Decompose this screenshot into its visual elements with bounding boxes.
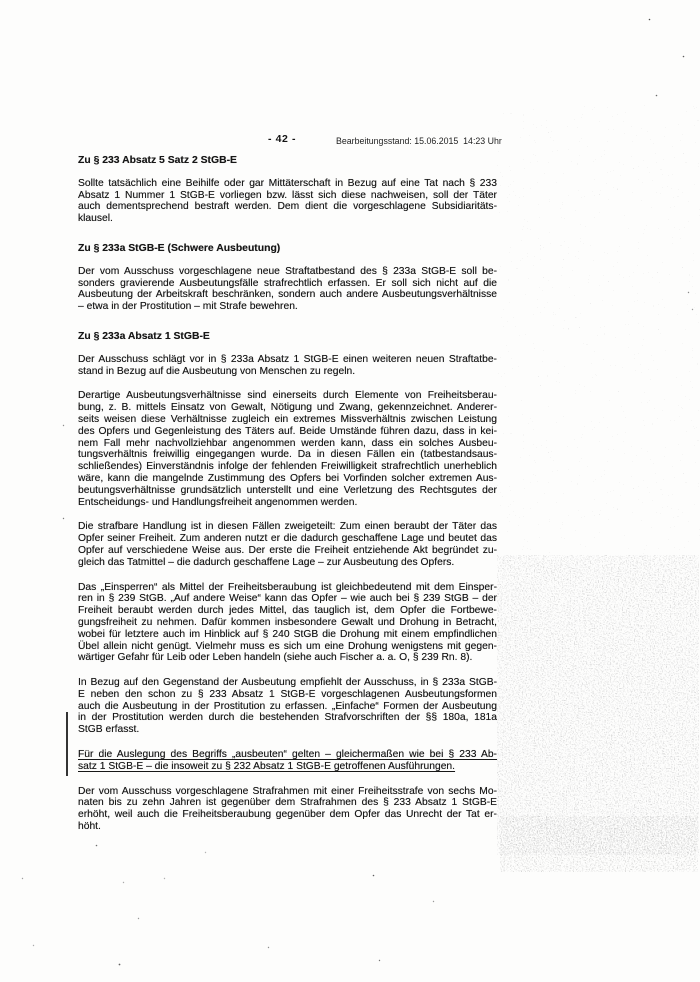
text-line: tungsverhältnis freiwillig eingegangen w…: [78, 449, 497, 461]
text-line: wäre, kann die mangelnde Zustimmung des …: [78, 473, 497, 485]
scan-noise-right-margin: [497, 105, 700, 870]
text-line: auch dementsprechend bestraft werden. De…: [78, 201, 497, 213]
text-line: ren in § 239 StGB. „Auf andere Weise“ ka…: [78, 593, 497, 605]
text-line: Derartige Ausbeutungsverhältnisse sind e…: [78, 390, 497, 402]
text-line: bung, z. B. mittels Einsatz von Gewalt, …: [78, 402, 497, 414]
text-line: auch die Ausbeutung in der Prostitution …: [78, 701, 497, 713]
paragraph: Der Ausschuss schlägt vor in § 233a Absa…: [78, 354, 497, 378]
text-line: – etwa in der Prostitution – mit Strafe …: [78, 301, 497, 313]
text-line: Das „Einsperren“ als Mittel der Freiheit…: [78, 582, 497, 594]
text-line: wärtiger Gefahr für Leib oder Leben hand…: [78, 652, 497, 664]
text-line: Der vom Ausschuss vorgeschlagene neue St…: [78, 266, 497, 278]
scan-noise-bottom-right: [500, 816, 698, 872]
paragraph: In Bezug auf den Gegenstand der Ausbeutu…: [78, 677, 497, 736]
text-line: Die strafbare Handlung ist in diesen Fäl…: [78, 521, 497, 533]
section-heading-zu-233a-schwere-ausbeutung: Zu § 233a StGB-E (Schwere Ausbeutung): [78, 243, 497, 255]
paragraph: Der vom Ausschuss vorgeschlagene neue St…: [78, 266, 497, 313]
scanned-document-page: - 42 - Bearbeitungsstand: 15.06.2015 14:…: [0, 0, 700, 982]
text-line: Der Ausschuss schlägt vor in § 233a Absa…: [78, 354, 497, 366]
paragraph: Der vom Ausschuss vorgeschlagene Strafra…: [78, 786, 497, 833]
text-line: erhöht, weil auch die Freiheitsberaubung…: [78, 809, 497, 821]
paragraph: Die strafbare Handlung ist in diesen Fäl…: [78, 521, 497, 568]
section-heading-zu-233a-absatz-1: Zu § 233a Absatz 1 StGB-E: [78, 331, 497, 343]
text-line: Opfer seiner Freiheit. Zum anderen nutzt…: [78, 533, 497, 545]
text-line: Übel allein nicht genügt. Vielmehr muss …: [78, 641, 497, 653]
text-line: Der vom Ausschuss vorgeschlagene Strafra…: [78, 786, 497, 798]
text-line: nem Fall mehr nachvollziehbar angenommen…: [78, 438, 497, 450]
text-line: Sollte tatsächlich eine Beihilfe oder ga…: [78, 178, 497, 190]
text-line: satz 1 StGB-E – die insoweit zu § 232 Ab…: [78, 761, 497, 773]
scan-noise-dense-patch: [497, 555, 699, 855]
text-line: gungsfreiheit zu nehmen. Dafür kommen in…: [78, 617, 497, 629]
text-line: beutungsverhältnisse grundsätzlich unter…: [78, 485, 497, 497]
revision-status-line: Bearbeitungsstand: 15.06.2015 14:23 Uhr: [336, 136, 502, 146]
text-line: stand in Bezug auf die Ausbeutung von Me…: [78, 366, 497, 378]
paragraph: Sollte tatsächlich eine Beihilfe oder ga…: [78, 178, 497, 225]
text-line: Opfer auf verschiedene Weise aus. Der er…: [78, 545, 497, 557]
text-line: klausel.: [78, 213, 497, 225]
margin-change-bar: [66, 712, 68, 776]
text-line: seits weisen diese Verhältnisse zugleich…: [78, 414, 497, 426]
text-line: des Opfers und Gegenleistung des Täters …: [78, 426, 497, 438]
text-line: Absatz 1 Nummer 1 StGB-E vorliegen bzw. …: [78, 190, 497, 202]
paragraph: Das „Einsperren“ als Mittel der Freiheit…: [78, 582, 497, 665]
paragraph-underlined-amendment: Für die Auslegung des Begriffs „ausbeute…: [78, 749, 497, 773]
paragraph: Derartige Ausbeutungsverhältnisse sind e…: [78, 390, 497, 508]
text-line: in der Prostitution werden durch die bes…: [78, 712, 497, 724]
text-line: StGB erfasst.: [78, 724, 497, 736]
page-number: - 42 -: [268, 133, 296, 145]
text-line: schließendes) Einverständnis infolge der…: [78, 461, 497, 473]
text-line: Für die Auslegung des Begriffs „ausbeute…: [78, 749, 497, 761]
text-line: Freiheit beraubt werden durch jedes Mitt…: [78, 605, 497, 617]
text-line: naten bis zu zehn Jahren ist gegenüber d…: [78, 797, 497, 809]
text-line: höht.: [78, 821, 497, 833]
text-line: wobei für letztere auch im Hinblick auf …: [78, 629, 497, 641]
text-line: sonders gravierende Ausbeutungsfälle str…: [78, 278, 497, 290]
text-line: E neben den schon zu § 233 Absatz 1 StGB…: [78, 689, 497, 701]
text-line: In Bezug auf den Gegenstand der Ausbeutu…: [78, 677, 497, 689]
text-line: gleich das Tatmittel – die dadurch gesch…: [78, 557, 497, 569]
document-body: Zu § 233 Absatz 5 Satz 2 StGB-E Sollte t…: [78, 155, 497, 846]
text-line: Ausbeutung der Arbeitskraft beschränken,…: [78, 289, 497, 301]
section-heading-zu-233-absatz-5-satz-2: Zu § 233 Absatz 5 Satz 2 StGB-E: [78, 155, 497, 167]
text-line: Entscheidungs- und Handlungsfreiheit ang…: [78, 497, 497, 509]
scan-speck-artifacts: [0, 0, 1, 1]
